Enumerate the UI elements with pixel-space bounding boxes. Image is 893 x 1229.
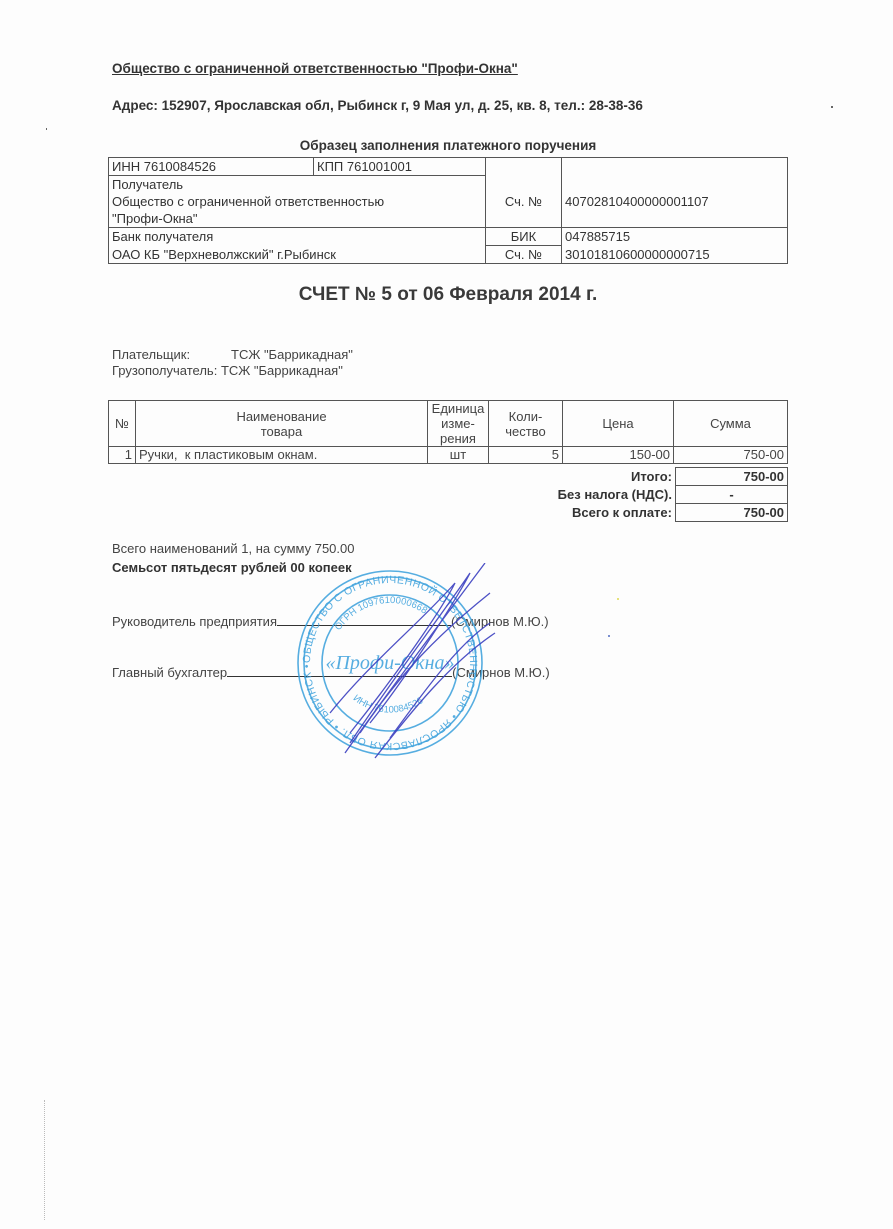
scan-speck	[831, 106, 833, 108]
row-name: Ручки, к пластиковым окнам.	[136, 447, 428, 464]
director-label: Руководитель предприятия	[112, 614, 277, 629]
payer-value: ТСЖ "Баррикадная"	[231, 347, 353, 362]
header-sum: Сумма	[674, 401, 788, 447]
scan-edge-artifact	[44, 1100, 46, 1220]
row-unit: шт	[428, 447, 489, 464]
items-header-row: № Наименование товара Единица изме- рени…	[109, 401, 788, 447]
svg-text:«Профи-Окна»: «Профи-Окна»	[325, 652, 454, 674]
vat-label: Без налога (НДС).	[108, 486, 676, 504]
totals-table: Итого: 750-00 Без налога (НДС). - Всего …	[108, 467, 788, 522]
svg-text:ОГРН 1097610000668: ОГРН 1097610000668	[333, 595, 429, 633]
consignee-label: Грузополучатель:	[112, 363, 217, 378]
header-unit: Единица изме- рения	[428, 401, 489, 447]
due-label: Всего к оплате:	[108, 504, 676, 522]
total-label: Итого:	[108, 468, 676, 486]
header-name-line2: товара	[139, 424, 424, 439]
consignee-line: Грузополучатель: ТСЖ "Баррикадная"	[112, 363, 343, 378]
header-unit-line3: рения	[428, 431, 488, 446]
bank-details-table: ИНН 7610084526 КПП 761001001 Получатель …	[108, 157, 788, 264]
bik-value: 047885715	[562, 228, 788, 246]
vat-value: -	[676, 486, 788, 504]
scan-speck	[608, 635, 610, 637]
header-name: Наименование товара	[136, 401, 428, 447]
account-number: 40702810400000001107	[562, 176, 788, 228]
header-name-line1: Наименование	[139, 409, 424, 424]
invoice-title: СЧЕТ № 5 от 06 Февраля 2014 г.	[108, 284, 788, 306]
payer-label: Плательщик:	[112, 347, 231, 362]
header-unit-line1: Единица	[428, 401, 488, 416]
bank-name: ОАО КБ "Верхневолжский" г.Рыбинск	[109, 246, 486, 264]
recipient-name-line1: Общество с ограниченной ответственностью	[112, 193, 482, 210]
row-qty: 5	[489, 447, 563, 464]
header-unit-line2: изме-	[428, 416, 488, 431]
accountant-label: Главный бухгалтер	[112, 665, 227, 680]
bik-label: БИК	[486, 228, 562, 246]
recipient-name-line2: "Профи-Окна"	[112, 210, 482, 227]
header-qty-line2: чество	[492, 424, 559, 439]
consignee-value: ТСЖ "Баррикадная"	[221, 363, 343, 378]
row-num: 1	[109, 447, 136, 464]
scan-speck	[617, 598, 619, 600]
header-qty-line1: Коли-	[492, 409, 559, 424]
recipient-label: Получатель	[112, 176, 482, 193]
total-value: 750-00	[676, 468, 788, 486]
corr-account-label: Сч. №	[486, 246, 562, 264]
account-label: Сч. №	[486, 176, 562, 228]
header-qty: Коли- чество	[489, 401, 563, 447]
row-sum: 750-00	[674, 447, 788, 464]
inn-cell: ИНН 7610084526	[109, 158, 314, 176]
account-value-top	[562, 158, 788, 176]
items-table: № Наименование товара Единица изме- рени…	[108, 400, 788, 464]
kpp-cell: КПП 761001001	[314, 158, 486, 176]
company-name: Общество с ограниченной ответственностью…	[112, 61, 518, 76]
company-address: Адрес: 152907, Ярославская обл, Рыбинск …	[112, 98, 643, 113]
payer-line: Плательщик:ТСЖ "Баррикадная"	[112, 347, 353, 362]
svg-text:ИНН 7610084526: ИНН 7610084526	[351, 693, 425, 716]
due-value: 750-00	[676, 504, 788, 522]
company-stamp-icon: ОБЩЕСТВО С ОГРАНИЧЕННОЙ ОТВЕТСТВЕННОСТЬЮ…	[290, 563, 500, 763]
items-summary: Всего наименований 1, на сумму 750.00	[112, 541, 354, 556]
header-num: №	[109, 401, 136, 447]
header-price: Цена	[563, 401, 674, 447]
recipient-cell: Получатель Общество с ограниченной ответ…	[109, 176, 486, 228]
bank-label: Банк получателя	[109, 228, 486, 246]
table-row: 1 Ручки, к пластиковым окнам. шт 5 150-0…	[109, 447, 788, 464]
payment-sample-title: Образец заполнения платежного поручения	[108, 138, 788, 153]
corr-account-value: 30101810600000000715	[562, 246, 788, 264]
account-label-top	[486, 158, 562, 176]
scan-speck	[46, 128, 47, 130]
row-price: 150-00	[563, 447, 674, 464]
